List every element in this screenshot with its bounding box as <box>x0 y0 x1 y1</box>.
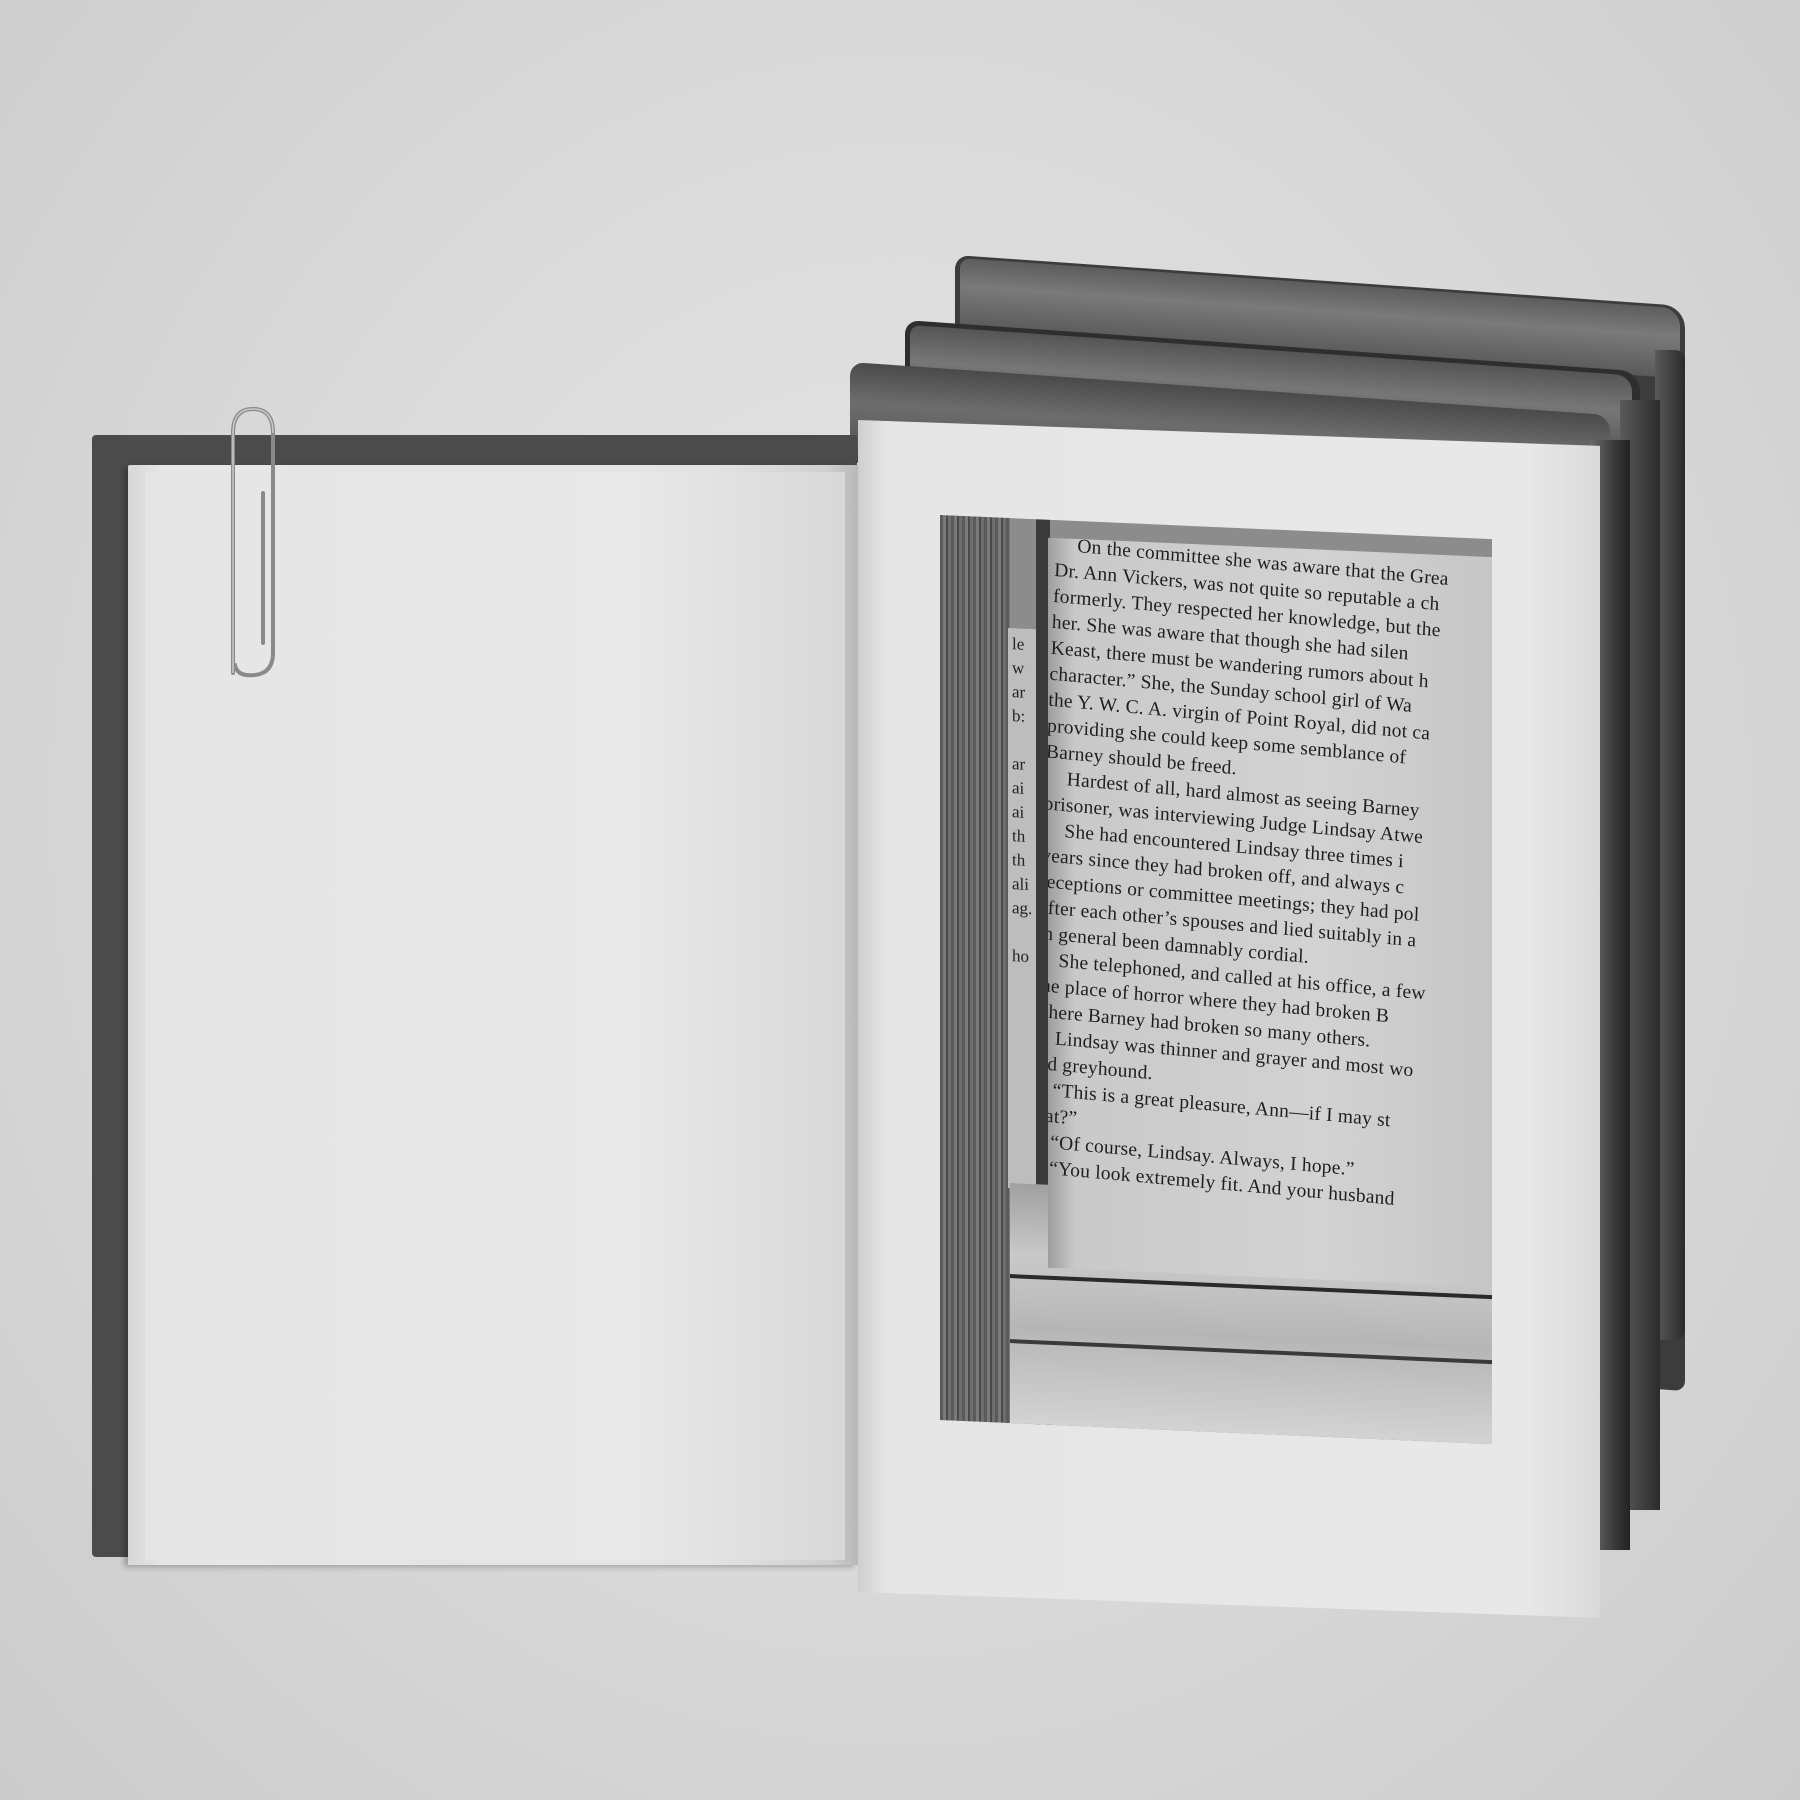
paperclip-icon <box>223 403 283 685</box>
strip-fragment: ar <box>1012 680 1032 705</box>
strip-fragment: ag. <box>1012 896 1032 921</box>
strip-fragment: b: <box>1012 704 1032 729</box>
strip-fragment: ali <box>1012 872 1032 897</box>
strip-fragment: ho <box>1012 944 1032 969</box>
strip-fragment <box>1012 920 1032 945</box>
strip-fragment <box>1012 728 1032 753</box>
strip-fragment: th <box>1012 848 1032 873</box>
printed-page-text: On the committee she was aware that the … <box>1048 538 1492 1230</box>
strip-fragment: w <box>1012 656 1032 681</box>
strip-fragment: ar <box>1012 752 1032 777</box>
secret-compartment: le w ar b: ar ai ai th th ali ag. ho On … <box>940 515 1492 1444</box>
cut-page-wall <box>940 515 1010 1423</box>
strip-fragment: le <box>1012 632 1032 657</box>
printed-page: On the committee she was aware that the … <box>1048 538 1492 1288</box>
strip-fragment: ai <box>1012 776 1032 801</box>
strip-fragment: ai <box>1012 800 1032 825</box>
strip-fragment: th <box>1012 824 1032 849</box>
